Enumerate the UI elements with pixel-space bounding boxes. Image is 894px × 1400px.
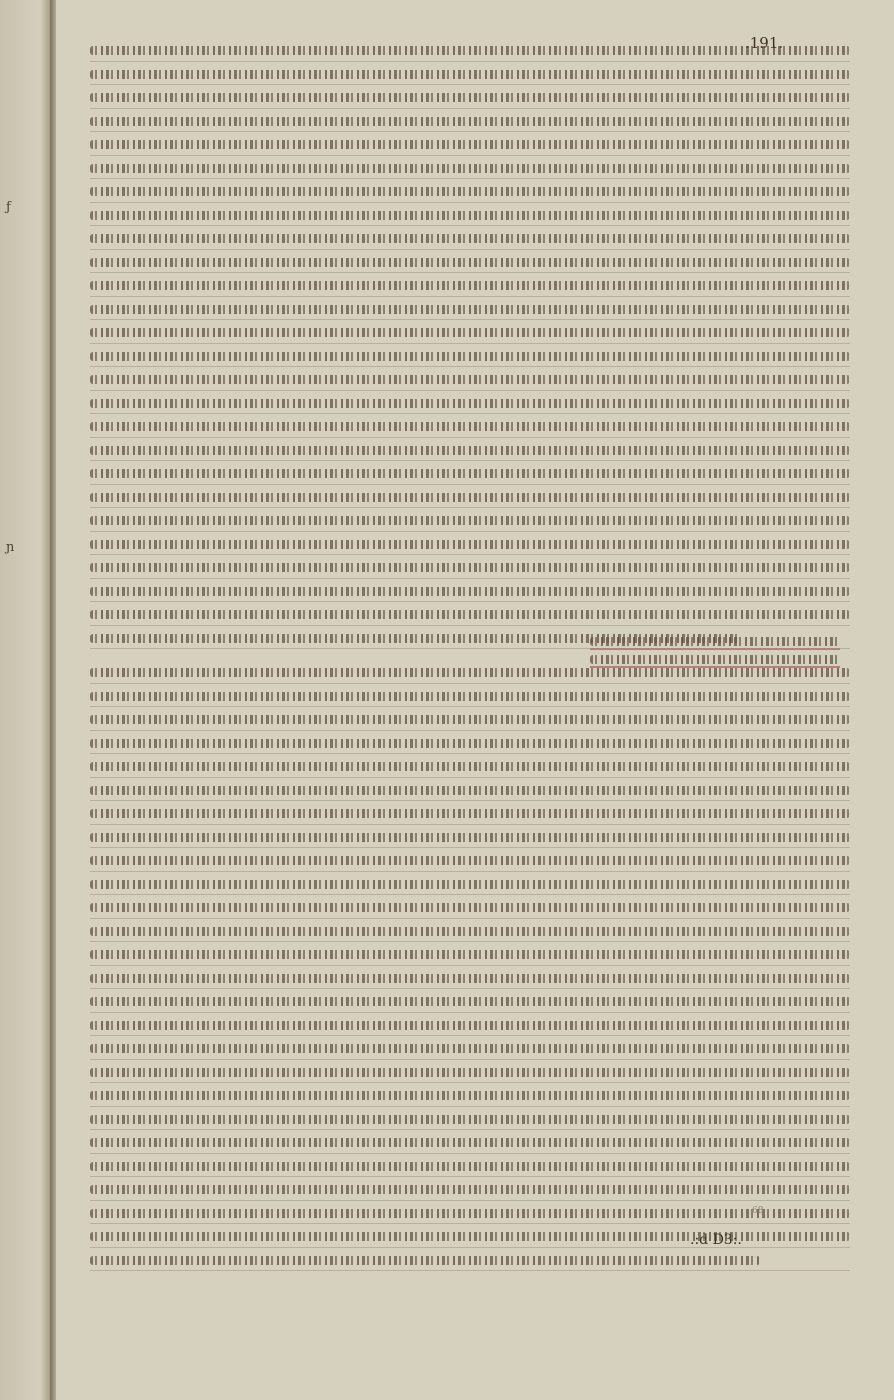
- heading-line: [590, 632, 840, 652]
- manuscript-line: [90, 707, 850, 731]
- manuscript-line: [90, 156, 850, 180]
- manuscript-line: [90, 942, 850, 966]
- manuscript-line: [90, 485, 850, 509]
- manuscript-line: [90, 179, 850, 203]
- manuscript-line: [90, 1060, 850, 1084]
- manuscript-line: [90, 1154, 850, 1178]
- text-section-2: [90, 660, 850, 1271]
- manuscript-line: [90, 438, 850, 462]
- manuscript-line: [90, 966, 850, 990]
- manuscript-line: [90, 508, 850, 532]
- manuscript-line: [90, 731, 850, 755]
- manuscript-line: [90, 1083, 850, 1107]
- manuscript-scan: ƒ ɲ .191. 68 .:d D3:. Nun volgt hernach …: [0, 0, 894, 1400]
- manuscript-line: [90, 391, 850, 415]
- manuscript-line: [90, 38, 850, 62]
- manuscript-line: [90, 602, 850, 626]
- manuscript-line: [90, 579, 850, 603]
- text-section-1: [90, 38, 850, 649]
- manuscript-line: [90, 1107, 850, 1131]
- manuscript-line: [90, 250, 850, 274]
- manuscript-line: [90, 1013, 850, 1037]
- facing-page-fragment: ɲ: [6, 540, 14, 555]
- manuscript-line: [90, 848, 850, 872]
- manuscript-line: [90, 1248, 850, 1272]
- manuscript-line: [90, 895, 850, 919]
- manuscript-line: [90, 1201, 850, 1225]
- manuscript-line: [90, 273, 850, 297]
- manuscript-line: [90, 297, 850, 321]
- manuscript-line: [90, 684, 850, 708]
- manuscript-line: [90, 226, 850, 250]
- manuscript-line: [90, 344, 850, 368]
- manuscript-line: [90, 132, 850, 156]
- manuscript-line: [90, 532, 850, 556]
- manuscript-line: [90, 801, 850, 825]
- manuscript-line: [90, 555, 850, 579]
- manuscript-line: [90, 461, 850, 485]
- manuscript-line: [90, 919, 850, 943]
- manuscript-line: [90, 85, 850, 109]
- manuscript-line: [90, 778, 850, 802]
- manuscript-line: [90, 109, 850, 133]
- facing-page-fragment: ƒ: [6, 200, 11, 215]
- manuscript-line: [90, 367, 850, 391]
- manuscript-line: [90, 1036, 850, 1060]
- manuscript-line: [90, 62, 850, 86]
- manuscript-line: [90, 825, 850, 849]
- manuscript-line: [90, 1177, 850, 1201]
- manuscript-line: [90, 203, 850, 227]
- manuscript-line: [90, 320, 850, 344]
- manuscript-line: [90, 989, 850, 1013]
- manuscript-line: [90, 754, 850, 778]
- manuscript-line: [90, 1130, 850, 1154]
- facing-page-edge: ƒ ɲ: [0, 0, 50, 1400]
- catchword: .:d D3:.: [690, 1232, 742, 1248]
- margin-note: 68: [752, 1206, 763, 1216]
- manuscript-line: [90, 660, 850, 684]
- manuscript-line: [90, 414, 850, 438]
- manuscript-line: [90, 872, 850, 896]
